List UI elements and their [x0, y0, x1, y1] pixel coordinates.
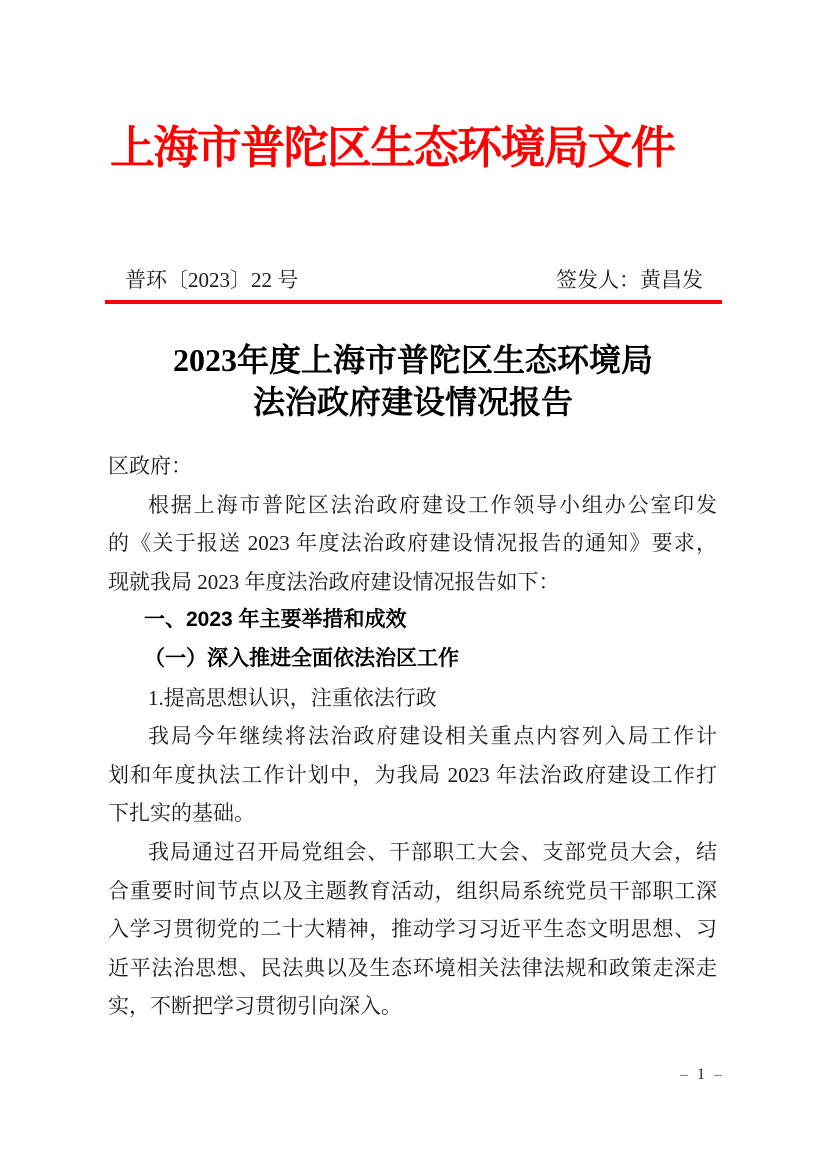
section-heading-1-1: （一）深入推进全面依法治区工作	[108, 640, 717, 679]
subsection-heading-1: 1.提高思想认识，注重依法行政	[108, 679, 717, 718]
body-line: 划和年度执法工作计划中，为我局 2023 年法治政府建设工作打	[108, 756, 717, 795]
page-number-dash-right: –	[714, 1065, 722, 1085]
document-number: 普环〔2023〕22 号	[125, 266, 298, 294]
document-title-line-1: 2023年度上海市普陀区生态环境局	[8, 339, 818, 381]
document-title: 2023年度上海市普陀区生态环境局 法治政府建设情况报告	[8, 339, 818, 423]
document-body: 区政府： 根据上海市普陀区法治政府建设工作领导小组办公室印发 的《关于报送 20…	[108, 447, 717, 1026]
body-line: 我局通过召开局党组会、干部职工大会、支部党员大会，结	[108, 833, 717, 872]
body-line: 的《关于报送 2023 年度法治政府建设情况报告的通知》要求，	[108, 524, 717, 563]
letterhead-agency-title: 上海市普陀区生态环境局文件	[110, 124, 674, 172]
body-line: 根据上海市普陀区法治政府建设工作领导小组办公室印发	[108, 486, 717, 525]
issuer-name: 签发人：黄昌发	[556, 266, 703, 294]
document-title-line-2: 法治政府建设情况报告	[8, 381, 818, 423]
page-number: – 1 –	[680, 1065, 722, 1085]
body-line: 我局今年继续将法治政府建设相关重点内容列入局工作计	[108, 717, 717, 756]
red-divider-rule	[105, 300, 722, 304]
body-line: 近平法治思想、民法典以及生态环境相关法律法规和政策走深走	[108, 949, 717, 988]
section-heading-1: 一、2023 年主要举措和成效	[108, 601, 717, 640]
document-number-row: 普环〔2023〕22 号 签发人：黄昌发	[125, 266, 703, 294]
page-number-dash-left: –	[680, 1065, 688, 1085]
salutation: 区政府：	[108, 447, 717, 486]
body-line: 合重要时间节点以及主题教育活动，组织局系统党员干部职工深	[108, 872, 717, 911]
body-line: 下扎实的基础。	[108, 794, 717, 833]
body-line: 现就我局 2023 年度法治政府建设情况报告如下：	[108, 563, 717, 602]
body-line: 实，不断把学习贯彻引向深入。	[108, 987, 717, 1026]
body-line: 入学习贯彻党的二十大精神，推动学习习近平生态文明思想、习	[108, 910, 717, 949]
document-page: 上海市普陀区生态环境局文件 普环〔2023〕22 号 签发人：黄昌发 2023年…	[0, 0, 826, 1169]
page-number-value: 1	[697, 1065, 705, 1085]
